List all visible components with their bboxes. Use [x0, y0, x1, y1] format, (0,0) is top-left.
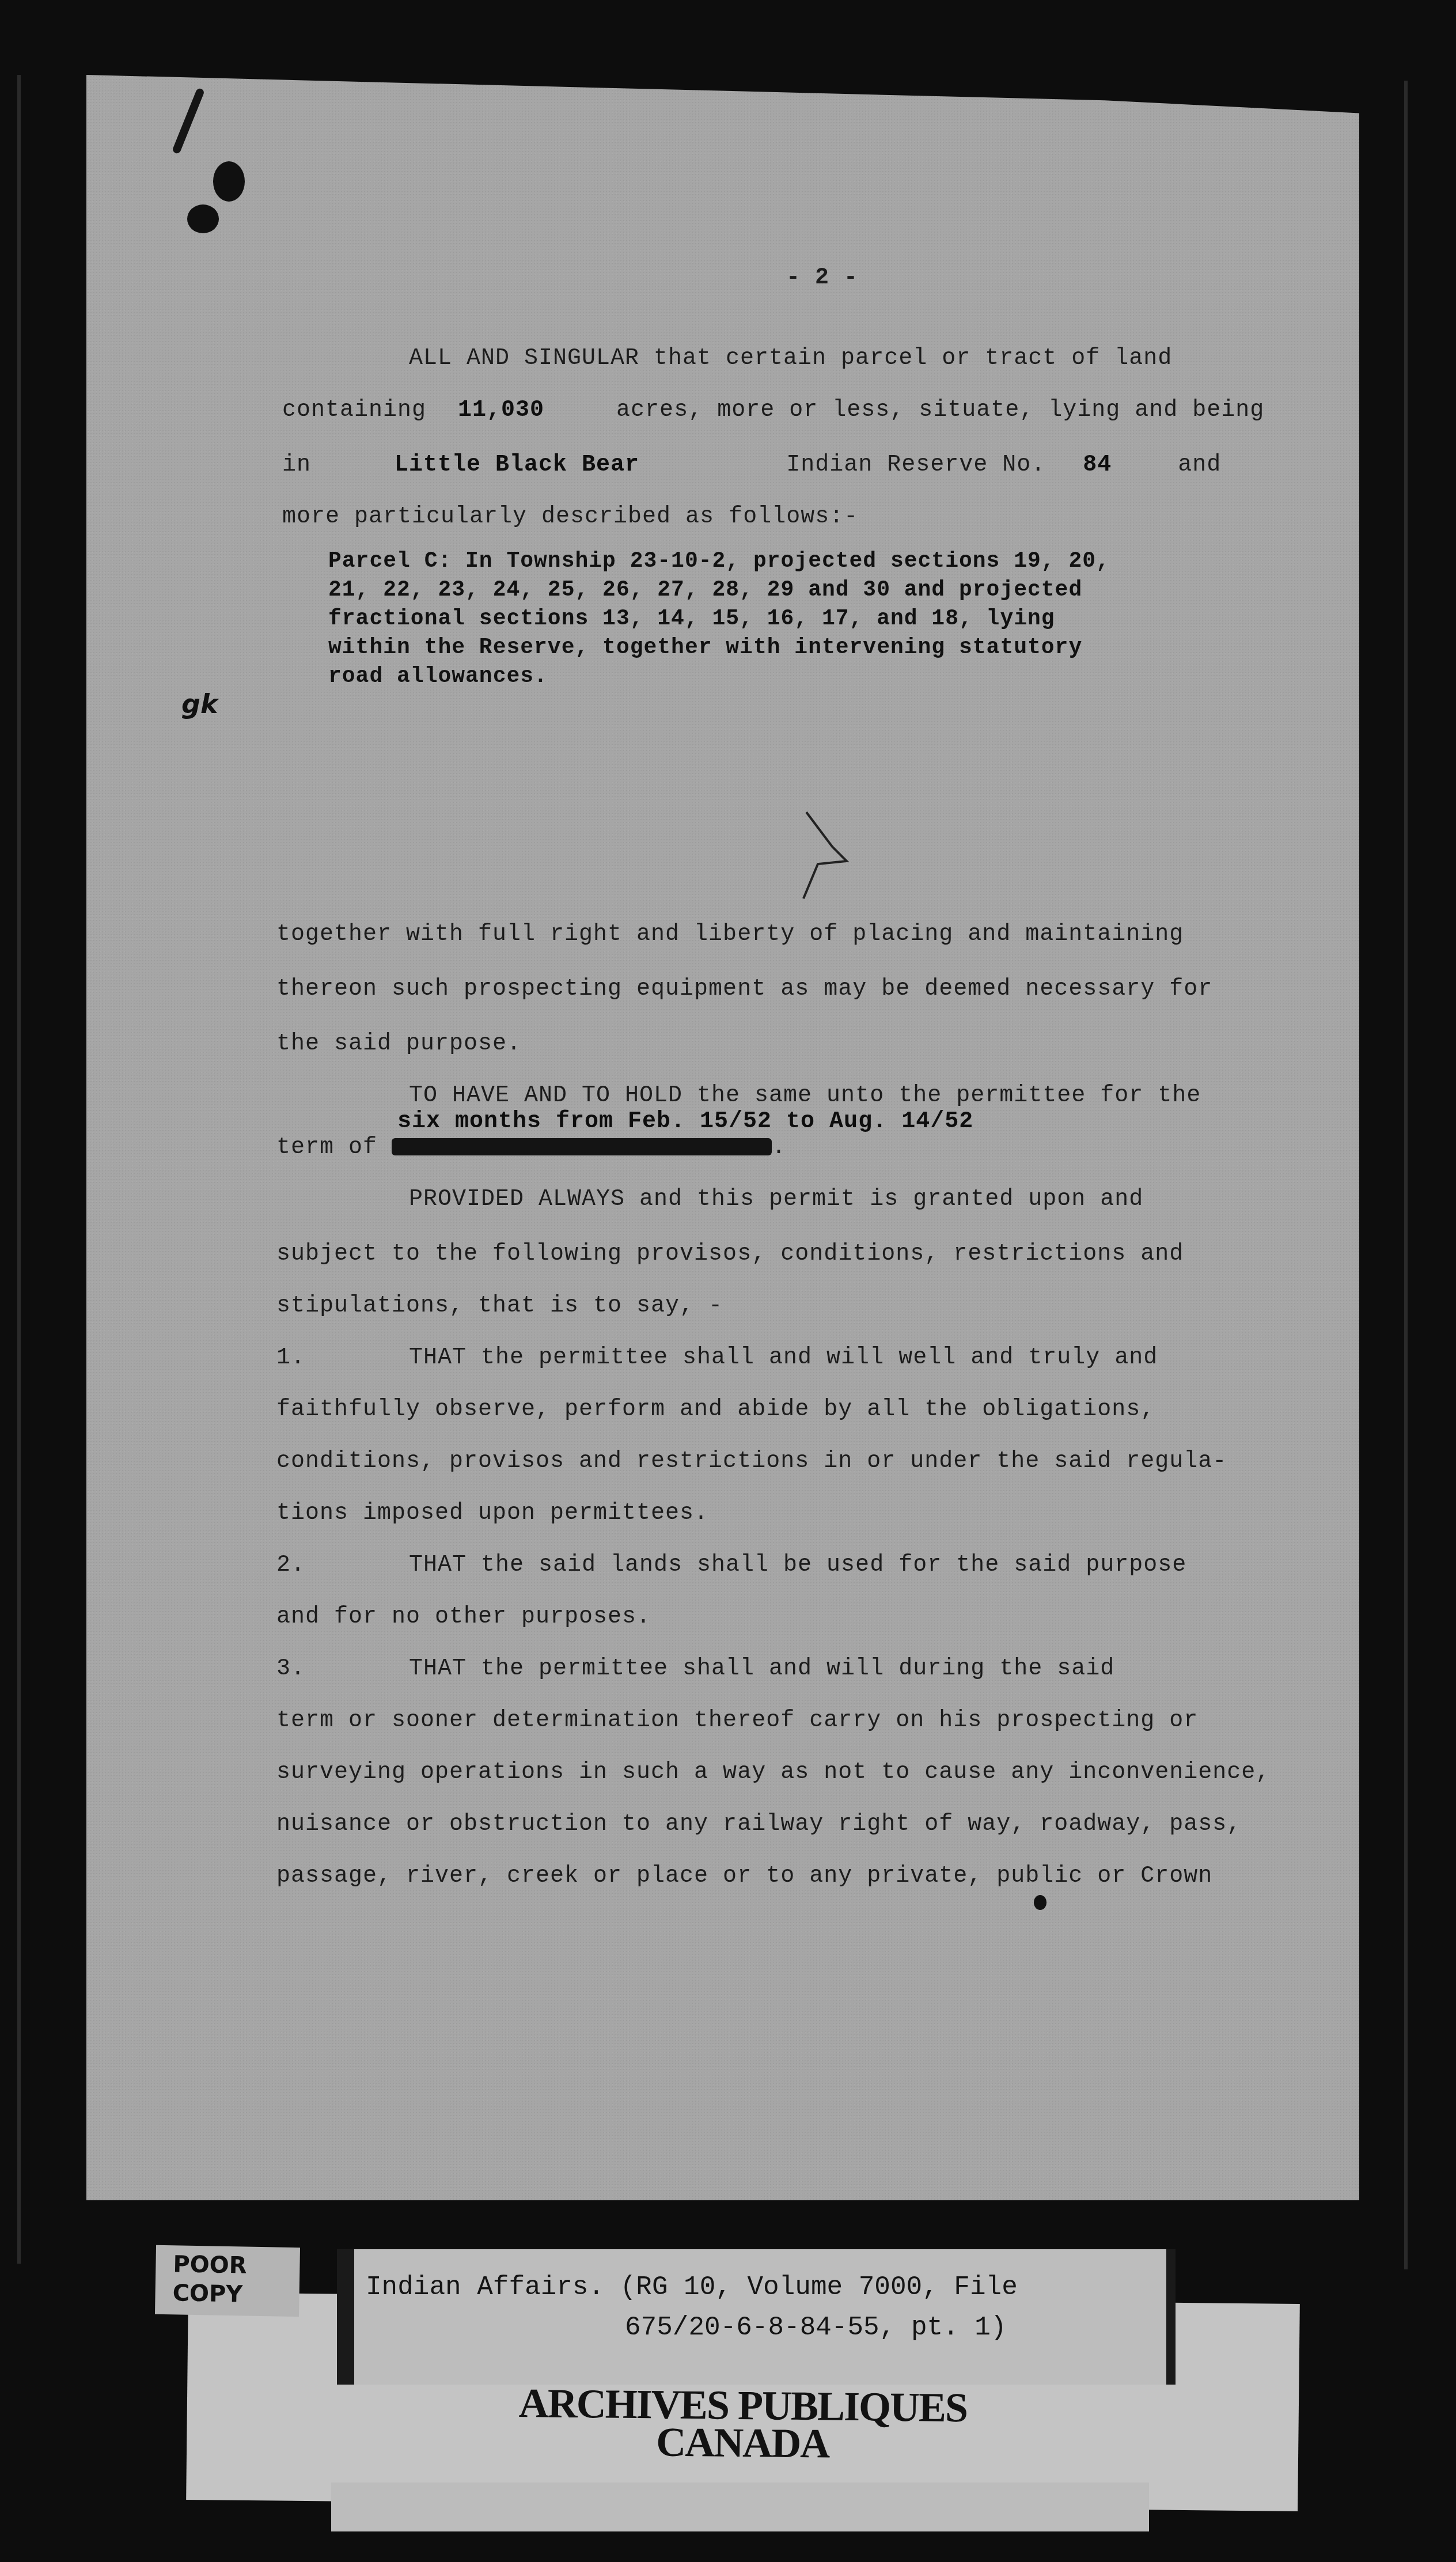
term-of-label: term of	[276, 1135, 377, 1161]
clause-number: 1.	[276, 1345, 305, 1371]
rights-line: the said purpose.	[276, 1031, 521, 1057]
film-edge-left	[17, 75, 21, 2264]
clause-line: faithfully observe, perform and abide by…	[276, 1397, 1155, 1423]
acres-text: acres, more or less, situate, lying and …	[616, 397, 1264, 423]
ink-blot	[213, 161, 245, 202]
rights-line: thereon such prospecting equipment as ma…	[276, 976, 1212, 1002]
parcel-line: road allowances.	[328, 662, 1110, 691]
intro-line-4: more particularly described as follows:-	[282, 504, 858, 530]
clause-line: THAT the permittee shall and will well a…	[409, 1345, 1158, 1371]
clause-line: nuisance or obstruction to any railway r…	[276, 1811, 1241, 1837]
containing-label: containing	[282, 397, 426, 423]
proviso-line: subject to the following provisos, condi…	[276, 1241, 1184, 1267]
poor-copy-line: POOR	[173, 2251, 247, 2279]
and-text: and	[1178, 452, 1221, 478]
proviso-line: PROVIDED ALWAYS and this permit is grant…	[409, 1187, 1143, 1212]
clause-number: 3.	[276, 1656, 305, 1682]
parcel-line: fractional sections 13, 14, 15, 16, 17, …	[328, 605, 1110, 634]
ink-blot	[187, 204, 219, 233]
document-page: - 2 - ALL AND SINGULAR that certain parc…	[86, 75, 1359, 2200]
margin-initials: gk	[181, 688, 218, 719]
underlying-card	[331, 2483, 1149, 2531]
habendum-line-1: TO HAVE AND TO HOLD the same unto the pe…	[409, 1083, 1201, 1109]
clause-line: surveying operations in such a way as no…	[276, 1760, 1270, 1786]
clause-line: THAT the permittee shall and will during…	[409, 1656, 1114, 1682]
clause-number: 2.	[276, 1552, 305, 1578]
intro-line-2: containing 11,030 acres, more or less, s…	[282, 397, 1264, 423]
clause-line: and for no other purposes.	[276, 1604, 651, 1630]
term-insert: six months from Feb. 15/52 to Aug. 14/52	[397, 1109, 973, 1135]
film-edge-right	[1404, 81, 1408, 2269]
parcel-line: Parcel C: In Township 23-10-2, projected…	[328, 547, 1110, 576]
acreage-value: 11,030	[458, 397, 544, 423]
ink-stroke	[172, 88, 205, 155]
reserve-number: 84	[1083, 452, 1112, 478]
reference-line-2: 675/20-6-8-84-55, pt. 1)	[625, 2313, 1007, 2343]
poor-copy-line: COPY	[172, 2280, 242, 2307]
page-number: - 2 -	[786, 265, 858, 291]
clause-line: tions imposed upon permittees.	[276, 1500, 708, 1526]
struck-out-text	[392, 1138, 772, 1155]
intro-line-1: ALL AND SINGULAR that certain parcel or …	[409, 346, 1172, 372]
reserve-name: Little Black Bear	[395, 452, 639, 478]
ink-blot	[1034, 1895, 1046, 1910]
clause-line: conditions, provisos and restrictions in…	[276, 1449, 1227, 1475]
in-label: in	[282, 452, 311, 478]
proviso-line: stipulations, that is to say, -	[276, 1293, 723, 1319]
poor-copy-tag: POOR COPY	[155, 2245, 300, 2317]
intro-line-3: in Little Black Bear Indian Reserve No. …	[282, 452, 1221, 478]
reserve-label: Indian Reserve No.	[786, 452, 1045, 478]
clause-line: term or sooner determination thereof car…	[276, 1708, 1198, 1734]
reference-line-1: Indian Affairs. (RG 10, Volume 7000, Fil…	[366, 2272, 1018, 2302]
parcel-description: Parcel C: In Township 23-10-2, projected…	[328, 547, 1110, 691]
habendum-line-2: term of .	[276, 1135, 786, 1161]
clause-line: passage, river, creek or place or to any…	[276, 1863, 1212, 1889]
clause-line: THAT the said lands shall be used for th…	[409, 1552, 1186, 1578]
reference-card: Indian Affairs. (RG 10, Volume 7000, Fil…	[337, 2249, 1176, 2385]
period: .	[772, 1135, 786, 1161]
pen-mark	[801, 806, 881, 904]
parcel-line: 21, 22, 23, 24, 25, 26, 27, 28, 29 and 3…	[328, 576, 1110, 605]
rights-line: together with full right and liberty of …	[276, 922, 1184, 948]
parcel-line: within the Reserve, together with interv…	[328, 634, 1110, 662]
